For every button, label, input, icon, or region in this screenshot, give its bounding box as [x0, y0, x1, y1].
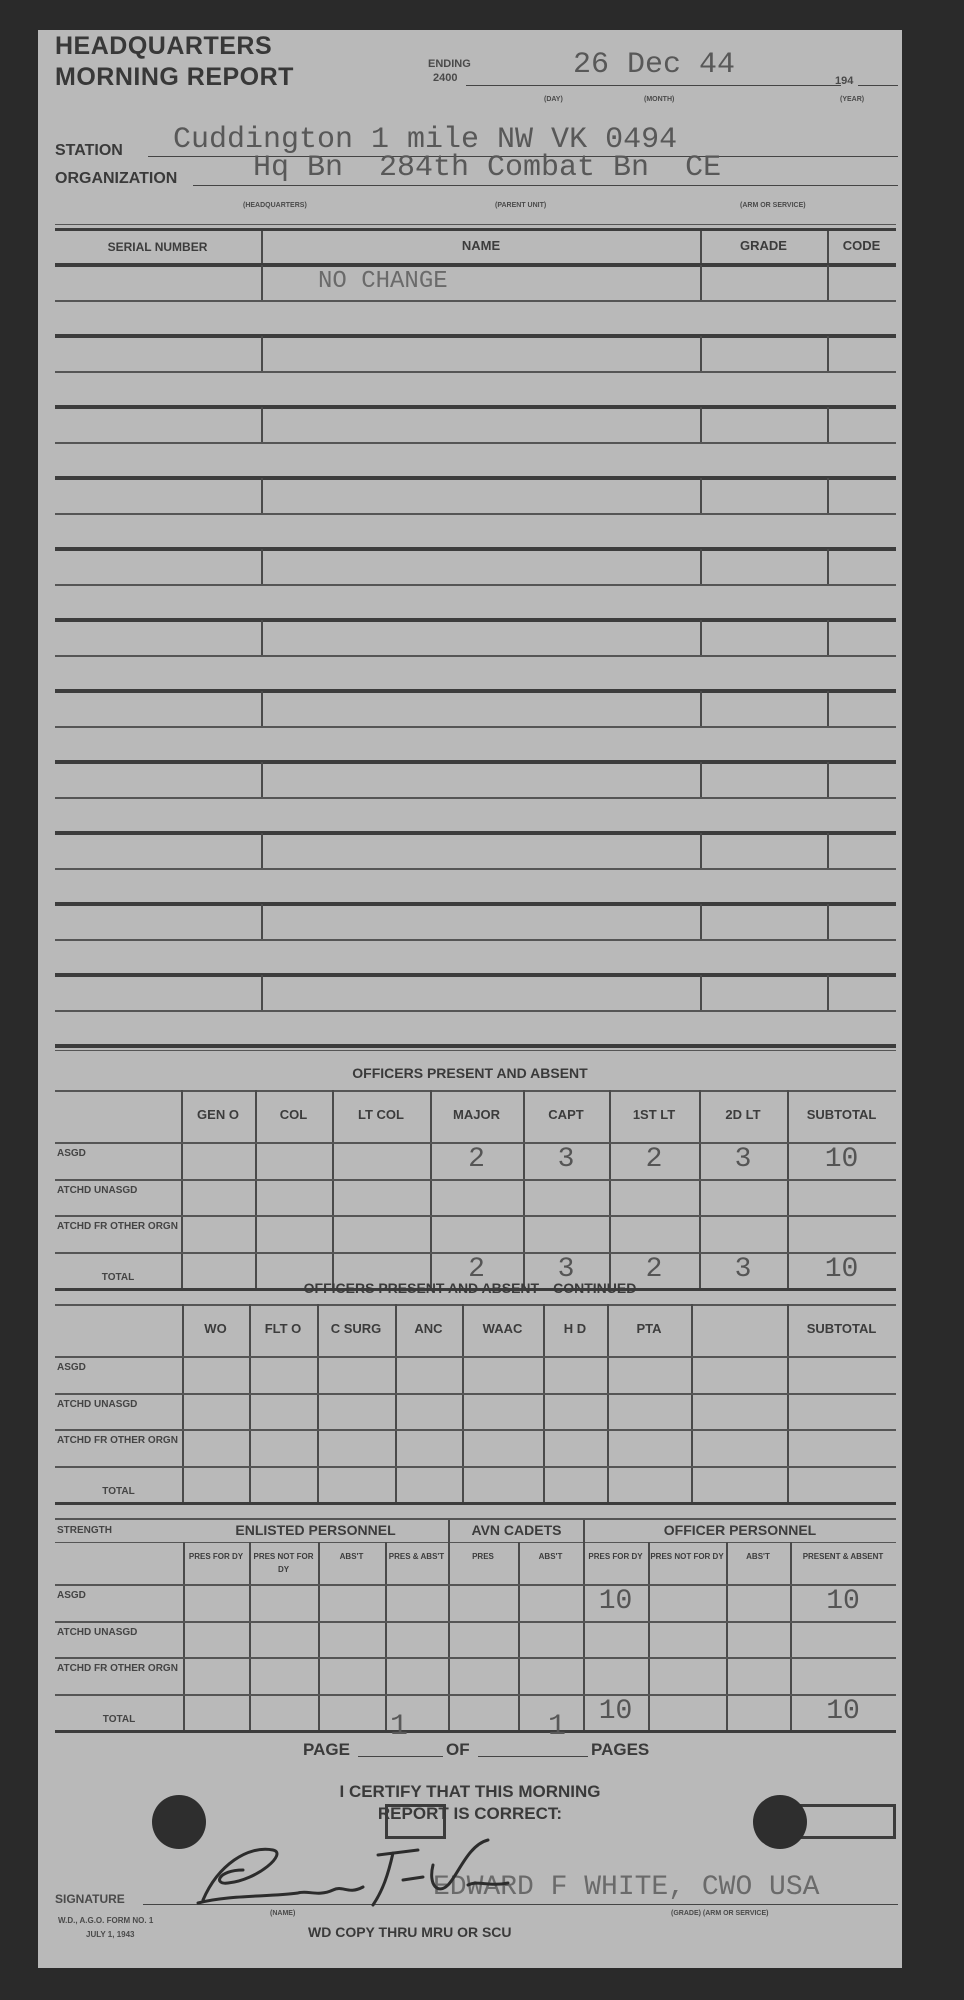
grid-col-header: PTA [607, 1322, 691, 1335]
grid-col-header: PRES & ABS'T [385, 1550, 448, 1563]
grid-bottom-rule [55, 1502, 896, 1505]
divider [827, 231, 829, 265]
grade-caption: (GRADE) (ARM OR SERVICE) [671, 1910, 768, 1917]
year-caption: (YEAR) [840, 96, 864, 103]
grid-col-header: PRESENT & ABSENT [790, 1550, 896, 1563]
divider [261, 833, 263, 868]
roster-grade-cell[interactable] [702, 904, 827, 939]
grid-col-header: PRES NOT FOR DY [648, 1550, 726, 1563]
grid-col-header: C SURG [317, 1322, 395, 1335]
form-number: W.D., A.G.O. FORM NO. 1 [58, 1916, 153, 1925]
page-label: PAGE [303, 1740, 350, 1760]
roster-grade-cell[interactable] [702, 691, 827, 726]
organization-value: Hq Bn 284th Combat Bn CE [253, 151, 721, 185]
grid-row-label: TOTAL [57, 1486, 180, 1498]
roster-serial-cell[interactable] [55, 762, 261, 797]
grid-col-header: PRES FOR DY [583, 1550, 648, 1563]
roster-code-cell[interactable] [829, 407, 896, 442]
roster-code-cell[interactable] [829, 478, 896, 513]
divider [543, 1304, 545, 1502]
year-underline [858, 85, 898, 86]
roster-serial-cell[interactable] [55, 478, 261, 513]
roster-grade-cell[interactable] [702, 265, 827, 300]
divider [261, 265, 263, 300]
roster-top-rule-thin [55, 224, 896, 225]
divider [261, 336, 263, 371]
grid-top-rule [55, 1518, 896, 1520]
divider [261, 549, 263, 584]
divider [726, 1542, 728, 1730]
form-date: JULY 1, 1943 [86, 1930, 134, 1939]
year-prefix: 194 [835, 75, 853, 87]
grid-col-header: WAAC [462, 1322, 543, 1335]
grid-row-label: TOTAL [57, 1714, 181, 1726]
roster-serial-cell[interactable] [55, 833, 261, 868]
grid-col-header: MAJOR [430, 1108, 523, 1121]
total-pages: 1 [548, 1710, 566, 1744]
routing-instruction: WD COPY THRU MRU OR SCU [308, 1924, 512, 1940]
divider [462, 1304, 464, 1502]
grid-col-header: ABS'T [518, 1550, 583, 1563]
col-name: NAME [262, 238, 700, 253]
grid-row-label: ATCHD FR OTHER ORGN [57, 1663, 181, 1675]
divider [448, 1518, 450, 1542]
grid-row-rule [55, 1584, 896, 1586]
grid-row-rule [55, 1215, 896, 1217]
page-number: 1 [390, 1710, 408, 1744]
roster-grade-cell[interactable] [702, 975, 827, 1010]
roster-grade-cell[interactable] [702, 833, 827, 868]
roster-code-cell[interactable] [829, 904, 896, 939]
roster-code-cell[interactable] [829, 762, 896, 797]
pages-label: PAGES [591, 1740, 649, 1760]
signature-label: SIGNATURE [55, 1892, 125, 1906]
divider [332, 1090, 334, 1288]
officer-personnel-group-header: OFFICER PERSONNEL [584, 1522, 896, 1538]
roster-bottom-rule [55, 1044, 896, 1048]
grid-col-header: LT COL [332, 1108, 430, 1121]
day-caption: (DAY) [544, 96, 563, 103]
roster-serial-cell[interactable] [55, 407, 261, 442]
divider [182, 1304, 184, 1502]
grid-col-header: FLT O [249, 1322, 317, 1335]
name-caption: (NAME) [270, 1910, 295, 1917]
roster-serial-cell[interactable] [55, 265, 261, 300]
grid-col-header: H D [543, 1322, 607, 1335]
grid-col-header: PRES NOT FOR DY [249, 1550, 318, 1576]
grid-row-label: ASGD [57, 1148, 179, 1160]
morning-report-form: HEADQUARTERS MORNING REPORT ENDING 2400 … [38, 30, 902, 1968]
roster-row-midrule [55, 513, 896, 515]
roster-serial-cell[interactable] [55, 975, 261, 1010]
grid-col-header: ABS'T [726, 1550, 790, 1563]
grid-row-rule [55, 1466, 896, 1468]
month-caption: (MONTH) [644, 96, 674, 103]
divider [261, 975, 263, 1010]
group-header-rule [55, 1542, 896, 1543]
grid-row-label: ATCHD FR OTHER ORGN [57, 1221, 179, 1233]
roster-row-midrule [55, 868, 896, 870]
roster-name-cell[interactable]: NO CHANGE [318, 268, 448, 295]
strength-label: STRENGTH [57, 1525, 112, 1537]
divider [261, 691, 263, 726]
col-serial-number: SERIAL NUMBER [55, 240, 260, 254]
grid-cell[interactable]: 3 [699, 1144, 787, 1175]
form-title-line1: HEADQUARTERS [55, 32, 272, 61]
divider [318, 1542, 320, 1730]
enlisted-group-header: ENLISTED PERSONNEL [183, 1522, 448, 1538]
ending-label: ENDING [428, 58, 471, 70]
col-grade: GRADE [700, 238, 827, 253]
arm-caption: (ARM OR SERVICE) [740, 202, 806, 209]
ending-time: 2400 [433, 72, 457, 84]
roster-grade-cell[interactable] [702, 620, 827, 655]
divider [607, 1304, 609, 1502]
roster-code-cell[interactable] [829, 691, 896, 726]
roster-code-cell[interactable] [829, 549, 896, 584]
date-underline [466, 85, 841, 86]
handwritten-signature [188, 1835, 528, 1910]
roster-row-midrule [55, 939, 896, 941]
divider [385, 1542, 387, 1730]
grid-bottom-rule [55, 1730, 896, 1733]
divider [518, 1542, 520, 1730]
grid-row-rule [55, 1694, 896, 1696]
grid-row-rule [55, 1179, 896, 1181]
divider [261, 620, 263, 655]
grid-col-header: SUBTOTAL [787, 1108, 896, 1121]
roster-code-cell[interactable] [829, 975, 896, 1010]
divider [700, 231, 702, 265]
grid-cell[interactable]: 2 [430, 1144, 523, 1175]
roster-row-midrule [55, 584, 896, 586]
roster-grade-cell[interactable] [702, 762, 827, 797]
organization-label: ORGANIZATION [55, 170, 177, 188]
divider [255, 1090, 257, 1288]
roster-grade-cell[interactable] [702, 549, 827, 584]
grid-cell[interactable]: 10 [583, 1586, 648, 1617]
divider [648, 1542, 650, 1730]
officers-section-title: OFFICERS PRESENT AND ABSENT [38, 1065, 902, 1081]
grid-cell[interactable]: 10 [787, 1144, 896, 1175]
total-pages-underline [478, 1756, 588, 1757]
headquarters-caption: (HEADQUARTERS) [243, 202, 307, 209]
roster-row-midrule [55, 371, 896, 373]
divider [261, 904, 263, 939]
roster-top-rule [55, 228, 896, 231]
grid-cell[interactable]: 10 [583, 1696, 648, 1727]
page-underline [358, 1756, 443, 1757]
grid-col-header: PRES [448, 1550, 518, 1563]
divider [261, 762, 263, 797]
roster-serial-cell[interactable] [55, 336, 261, 371]
roster-code-cell[interactable] [829, 833, 896, 868]
divider [261, 231, 263, 265]
grid-col-header: 1ST LT [609, 1108, 699, 1121]
col-code: CODE [827, 238, 896, 253]
roster-row-midrule [55, 442, 896, 444]
grid-col-header: CAPT [523, 1108, 609, 1121]
grid-col-header: PRES FOR DY [183, 1550, 249, 1563]
grid-row-label: ASGD [57, 1590, 181, 1602]
cadets-group-header: AVN CADETS [449, 1522, 584, 1538]
organization-underline [193, 185, 898, 186]
roster-serial-cell[interactable] [55, 691, 261, 726]
grid-row-label: ATCHD UNASGD [57, 1399, 180, 1411]
grid-cell[interactable]: 10 [790, 1586, 896, 1617]
divider [448, 1542, 450, 1730]
grid-col-header: SUBTOTAL [787, 1322, 896, 1335]
grid-row-rule [55, 1356, 896, 1358]
roster-serial-cell[interactable] [55, 549, 261, 584]
station-label: STATION [55, 142, 123, 160]
grid-col-header: GEN O [181, 1108, 255, 1121]
grid-row-rule [55, 1393, 896, 1395]
grid-row-label: ATCHD UNASGD [57, 1185, 179, 1197]
divider [249, 1304, 251, 1502]
roster-code-cell[interactable] [829, 336, 896, 371]
roster-grade-cell[interactable] [702, 478, 827, 513]
grid-row-label: ATCHD UNASGD [57, 1627, 181, 1639]
grid-col-header: COL [255, 1108, 332, 1121]
divider [249, 1542, 251, 1730]
grid-col-header: ABS'T [318, 1550, 385, 1563]
roster-row-midrule [55, 300, 896, 302]
roster-bottom-rule-thin [55, 1050, 896, 1051]
roster-serial-cell[interactable] [55, 904, 261, 939]
grid-col-header: WO [182, 1322, 249, 1335]
officers-continued-title: OFFICERS PRESENT AND ABSENT—CONTINUED [38, 1280, 902, 1296]
of-label: OF [446, 1740, 470, 1760]
divider [395, 1304, 397, 1502]
grid-row-rule [55, 1657, 896, 1659]
grid-cell[interactable]: 2 [609, 1144, 699, 1175]
roster-row-midrule [55, 726, 896, 728]
roster-row-midrule [55, 797, 896, 799]
divider [181, 1090, 183, 1288]
divider [583, 1518, 585, 1542]
grid-col-header: 2D LT [699, 1108, 787, 1121]
report-date: 26 Dec 44 [573, 48, 735, 82]
divider [183, 1542, 185, 1730]
roster-grade-cell[interactable] [702, 336, 827, 371]
punch-hole-right [753, 1795, 807, 1849]
roster-row-midrule [55, 655, 896, 657]
divider [261, 478, 263, 513]
roster-grade-cell[interactable] [702, 407, 827, 442]
grid-row-label: ATCHD FR OTHER ORGN [57, 1435, 180, 1447]
roster-row-midrule [55, 1010, 896, 1012]
grid-cell[interactable]: 3 [523, 1144, 609, 1175]
roster-code-cell[interactable] [829, 620, 896, 655]
grid-row-label: ASGD [57, 1362, 180, 1374]
divider [261, 407, 263, 442]
grid-col-header: ANC [395, 1322, 462, 1335]
form-title-line2: MORNING REPORT [55, 63, 294, 92]
grid-row-rule [55, 1429, 896, 1431]
grid-row-rule [55, 1621, 896, 1623]
roster-serial-cell[interactable] [55, 620, 261, 655]
roster-code-cell[interactable] [829, 265, 896, 300]
divider [691, 1304, 693, 1502]
grid-cell[interactable]: 10 [790, 1696, 896, 1727]
parent-unit-caption: (PARENT UNIT) [495, 202, 546, 209]
divider [787, 1304, 789, 1502]
divider [317, 1304, 319, 1502]
